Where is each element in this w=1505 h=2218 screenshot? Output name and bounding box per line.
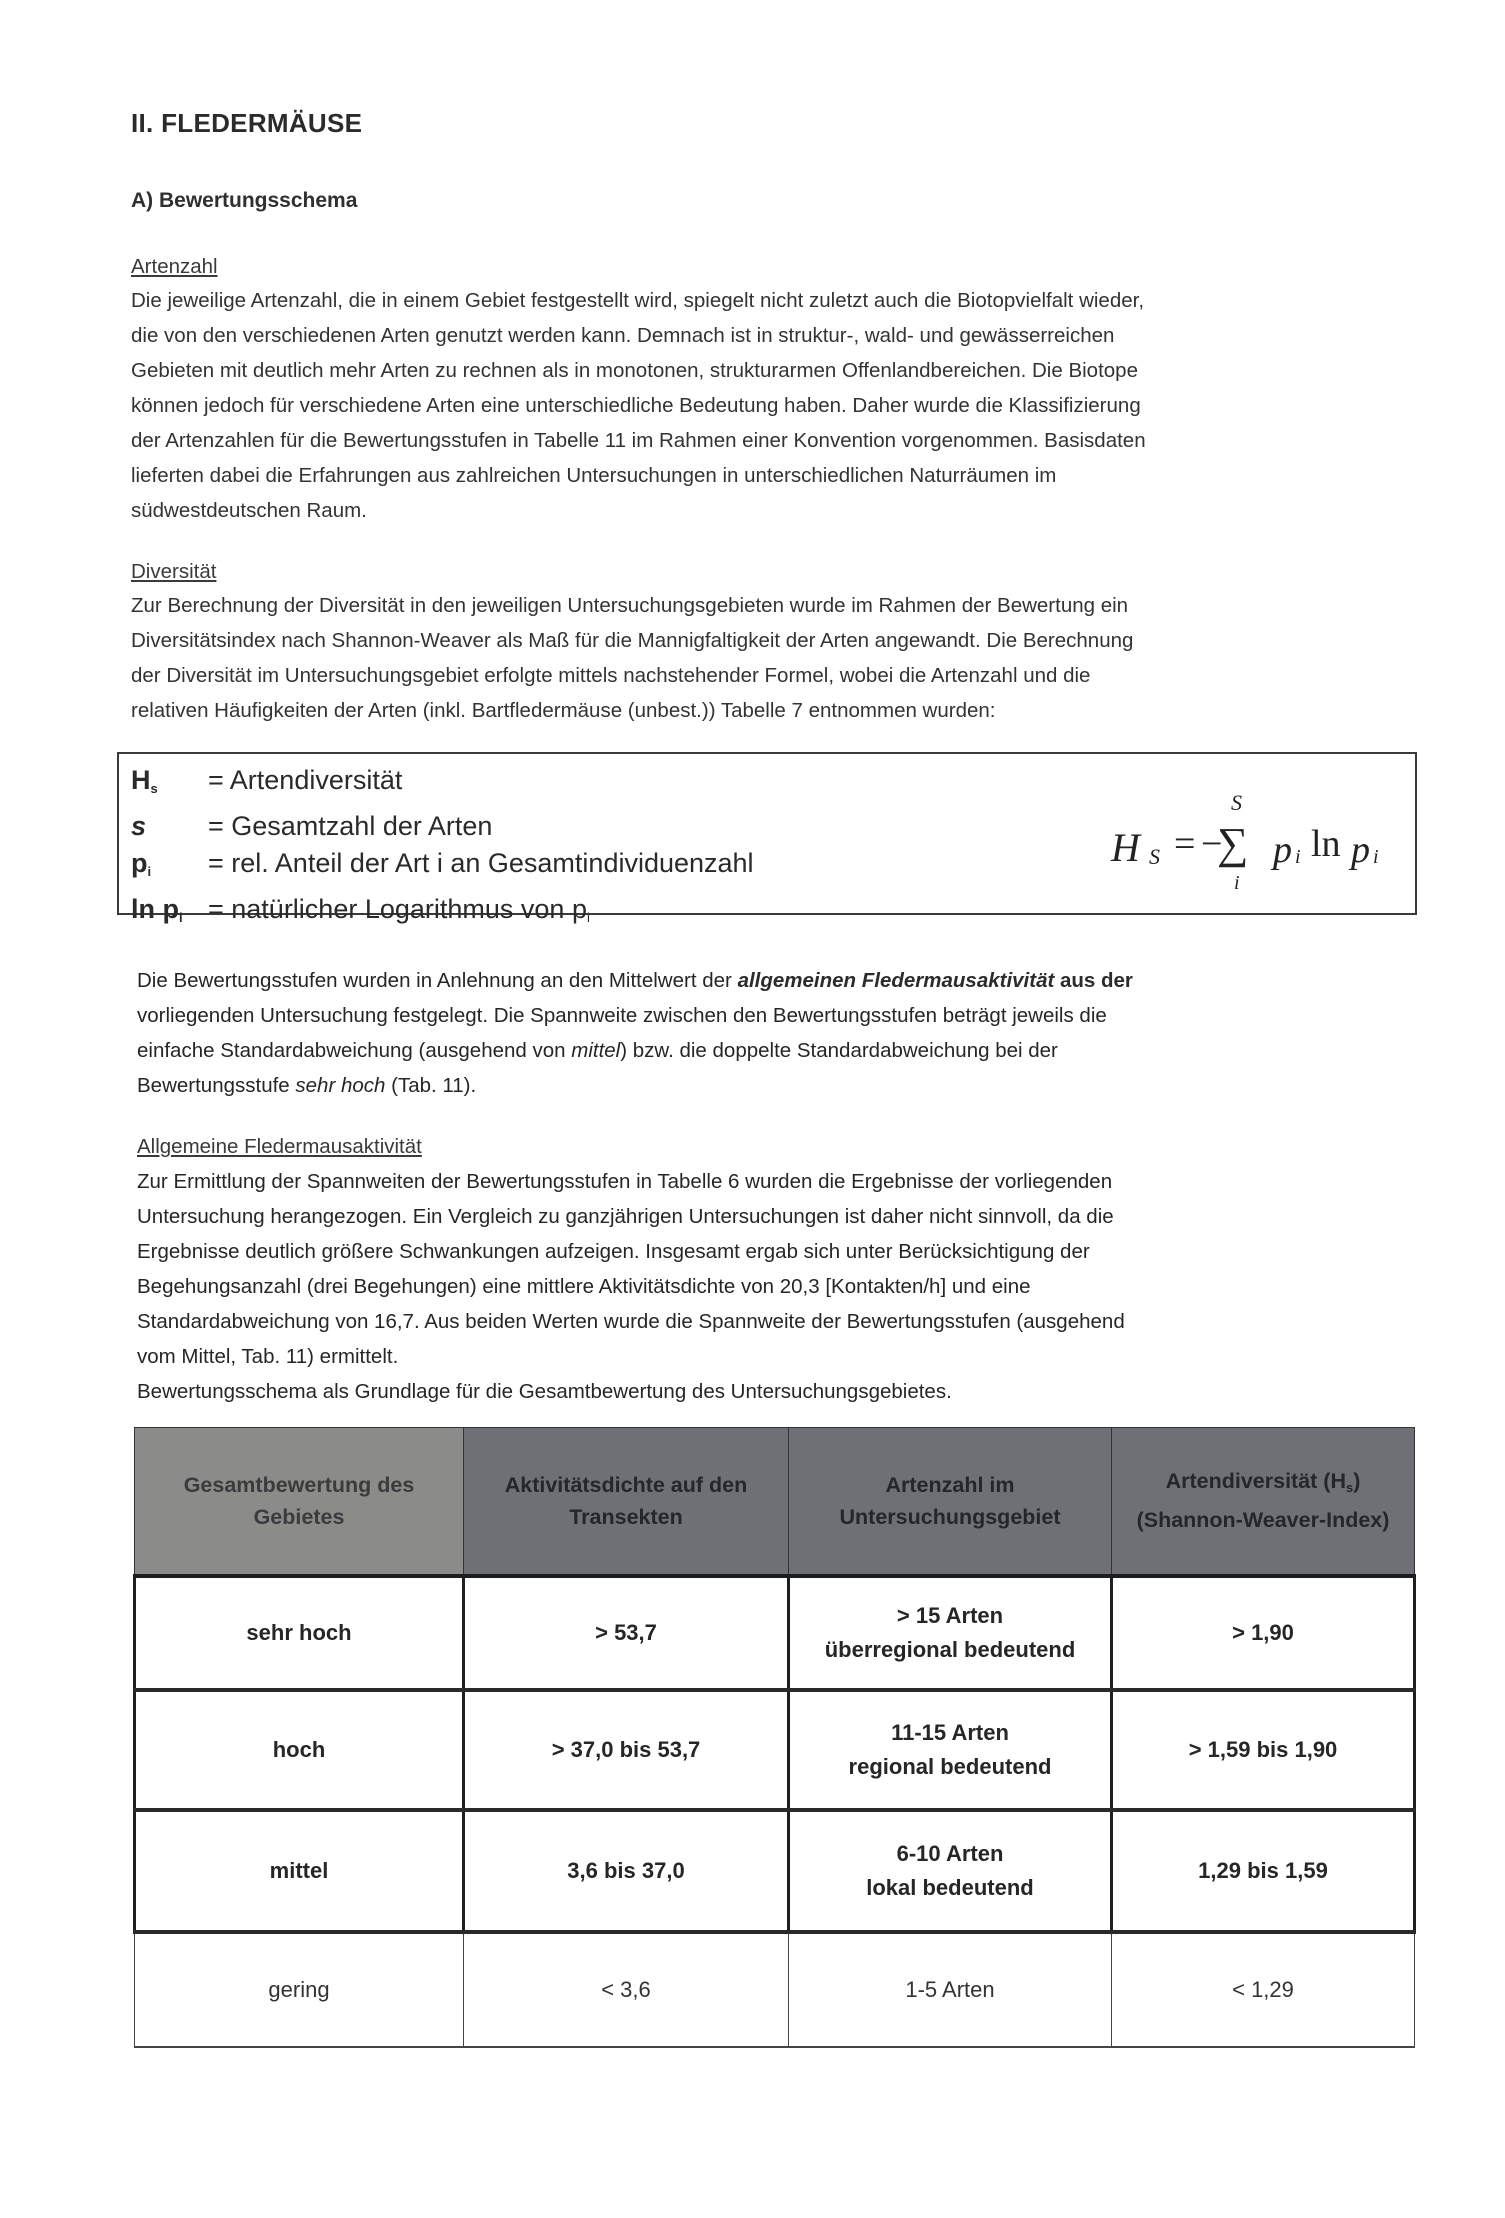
definition-symbol: pi <box>131 845 208 891</box>
text-line: Zur Berechnung der Diversität in den jew… <box>131 588 1421 623</box>
heading-aktivitaet: Allgemeine Fledermausaktivität <box>137 1135 422 1159</box>
definition-text: = Gesamtzahl der Arten <box>208 808 492 846</box>
text-line: Bewertungsschema als Grundlage für die G… <box>137 1374 1427 1409</box>
heading-diversitaet: Diversität <box>131 560 216 584</box>
definition-list: Hs = Artendiversität s = Gesamtzahl der … <box>131 762 754 936</box>
cell-species: 1-5 Arten <box>789 1932 1112 2047</box>
sigma-symbol: ∑ <box>1217 818 1248 869</box>
text-line: Ergebnisse deutlich größere Schwankungen… <box>137 1234 1427 1269</box>
header-artenzahl: Artenzahl imUntersuchungsgebiet <box>789 1428 1112 1576</box>
cell-rating: sehr hoch <box>135 1576 464 1690</box>
text-line: können jedoch für verschiedene Arten ein… <box>131 388 1421 423</box>
table-row: hoch > 37,0 bis 53,7 11-15 Artenregional… <box>135 1690 1415 1810</box>
definition-symbol: ln pi <box>131 891 208 937</box>
text-line: lieferten dabei die Erfahrungen aus zahl… <box>131 458 1421 493</box>
paragraph-aktivitaet: Zur Ermittlung der Spannweiten der Bewer… <box>137 1164 1427 1409</box>
text-line: der Artenzahlen für die Bewertungsstufen… <box>131 423 1421 458</box>
cell-activity: > 37,0 bis 53,7 <box>464 1690 789 1810</box>
formula-box: Hs = Artendiversität s = Gesamtzahl der … <box>117 752 1417 915</box>
paragraph-diversitaet: Zur Berechnung der Diversität in den jew… <box>131 588 1421 728</box>
text-line: Die Bewertungsstufen wurden in Anlehnung… <box>137 963 1427 998</box>
page-title: II. FLEDERMÄUSE <box>131 108 362 139</box>
paragraph-artenzahl: Die jeweilige Artenzahl, die in einem Ge… <box>131 283 1421 528</box>
cell-rating: gering <box>135 1932 464 2047</box>
cell-species: > 15 Artenüberregional bedeutend <box>789 1576 1112 1690</box>
definition-text: = Artendiversität <box>208 762 402 808</box>
definition-s: s = Gesamtzahl der Arten <box>131 808 754 846</box>
table-row: gering < 3,6 1-5 Arten < 1,29 <box>135 1932 1415 2047</box>
definition-symbol: Hs <box>131 762 208 808</box>
text-line: einfache Standardabweichung (ausgehend v… <box>137 1033 1427 1068</box>
text-line: relativen Häufigkeiten der Arten (inkl. … <box>131 693 1421 728</box>
definition-hs: Hs = Artendiversität <box>131 762 754 808</box>
text-line: Die jeweilige Artenzahl, die in einem Ge… <box>131 283 1421 318</box>
text-line: Begehungsanzahl (drei Begehungen) eine m… <box>137 1269 1427 1304</box>
heading-artenzahl: Artenzahl <box>131 255 218 279</box>
cell-activity: < 3,6 <box>464 1932 789 2047</box>
header-aktivitaetsdichte: Aktivitätsdichte auf denTransekten <box>464 1428 789 1576</box>
text-line: Untersuchung herangezogen. Ein Vergleich… <box>137 1199 1427 1234</box>
definition-text: = rel. Anteil der Art i an Gesamtindivid… <box>208 845 754 891</box>
cell-diversity: 1,29 bis 1,59 <box>1112 1810 1415 1932</box>
text-line: Diversitätsindex nach Shannon-Weaver als… <box>131 623 1421 658</box>
cell-diversity: > 1,59 bis 1,90 <box>1112 1690 1415 1810</box>
text-line: Standardabweichung von 16,7. Aus beiden … <box>137 1304 1427 1339</box>
cell-species: 11-15 Artenregional bedeutend <box>789 1690 1112 1810</box>
table-row: mittel 3,6 bis 37,0 6-10 Artenlokal bede… <box>135 1810 1415 1932</box>
text-line: südwestdeutschen Raum. <box>131 493 1421 528</box>
text-line: vorliegenden Untersuchung festgelegt. Di… <box>137 998 1427 1033</box>
shannon-weaver-formula: H S = − ∑ S i p i ln p i <box>989 772 1389 902</box>
text-line: vom Mittel, Tab. 11) ermittelt. <box>137 1339 1427 1374</box>
text-line: Gebieten mit deutlich mehr Arten zu rech… <box>131 353 1421 388</box>
rating-table: Gesamtbewertung desGebietes Aktivitätsdi… <box>133 1427 1416 2048</box>
cell-rating: hoch <box>135 1690 464 1810</box>
header-gesamtbewertung: Gesamtbewertung desGebietes <box>135 1428 464 1576</box>
cell-rating: mittel <box>135 1810 464 1932</box>
definition-symbol: s <box>131 808 208 846</box>
text-line: Zur Ermittlung der Spannweiten der Bewer… <box>137 1164 1427 1199</box>
text-line: die von den verschiedenen Arten genutzt … <box>131 318 1421 353</box>
cell-activity: > 53,7 <box>464 1576 789 1690</box>
text-line: Bewertungsstufe sehr hoch (Tab. 11). <box>137 1068 1427 1103</box>
definition-text: = natürlicher Logarithmus von pi <box>208 891 590 937</box>
cell-diversity: > 1,90 <box>1112 1576 1415 1690</box>
header-artendiversitaet: Artendiversität (Hs)(Shannon-Weaver-Inde… <box>1112 1428 1415 1576</box>
table-row: sehr hoch > 53,7 > 15 Artenüberregional … <box>135 1576 1415 1690</box>
table-header-row: Gesamtbewertung desGebietes Aktivitätsdi… <box>135 1428 1415 1576</box>
text-line: der Diversität im Untersuchungsgebiet er… <box>131 658 1421 693</box>
cell-diversity: < 1,29 <box>1112 1932 1415 2047</box>
definition-pi: pi = rel. Anteil der Art i an Gesamtindi… <box>131 845 754 891</box>
cell-activity: 3,6 bis 37,0 <box>464 1810 789 1932</box>
paragraph-bewertungsstufen: Die Bewertungsstufen wurden in Anlehnung… <box>137 963 1427 1103</box>
cell-species: 6-10 Artenlokal bedeutend <box>789 1810 1112 1932</box>
definition-ln-pi: ln pi = natürlicher Logarithmus von pi <box>131 891 754 937</box>
section-subtitle: A) Bewertungsschema <box>131 189 357 213</box>
